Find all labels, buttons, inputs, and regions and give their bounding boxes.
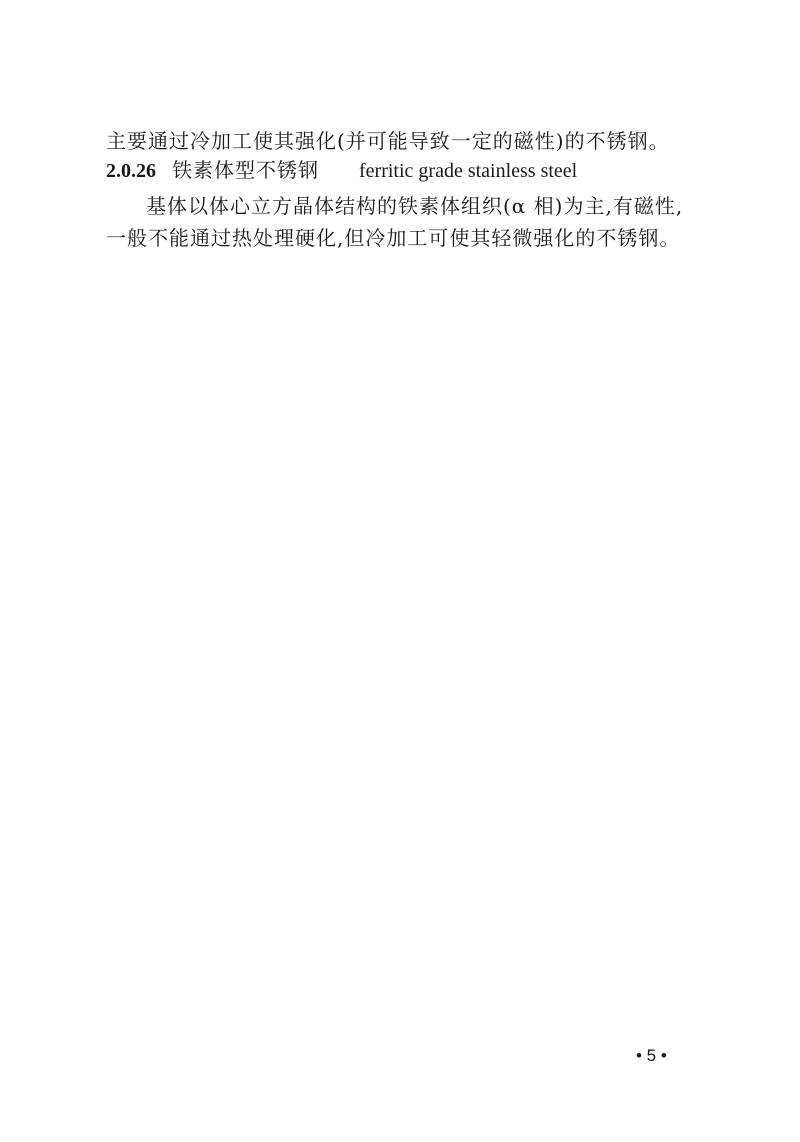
continuation-text: 主要通过冷加工使其强化(并可能导致一定的磁性)的不锈钢。 xyxy=(106,128,670,154)
definition-line-1: 基体以体心立方晶体结构的铁素体组织(α 相)为主,有磁性, xyxy=(146,193,683,219)
term-chinese: 铁素体型不锈钢 xyxy=(172,158,319,182)
definition-line-2: 一般不能通过热处理硬化,但冷加工可使其轻微强化的不锈钢。 xyxy=(106,225,680,251)
term-english: ferritic grade stainless steel xyxy=(359,160,577,182)
term-heading: 2.0.26铁素体型不锈钢ferritic grade stainless st… xyxy=(106,157,577,184)
page-number: • 5 • xyxy=(636,1046,667,1066)
term-number: 2.0.26 xyxy=(106,160,156,182)
